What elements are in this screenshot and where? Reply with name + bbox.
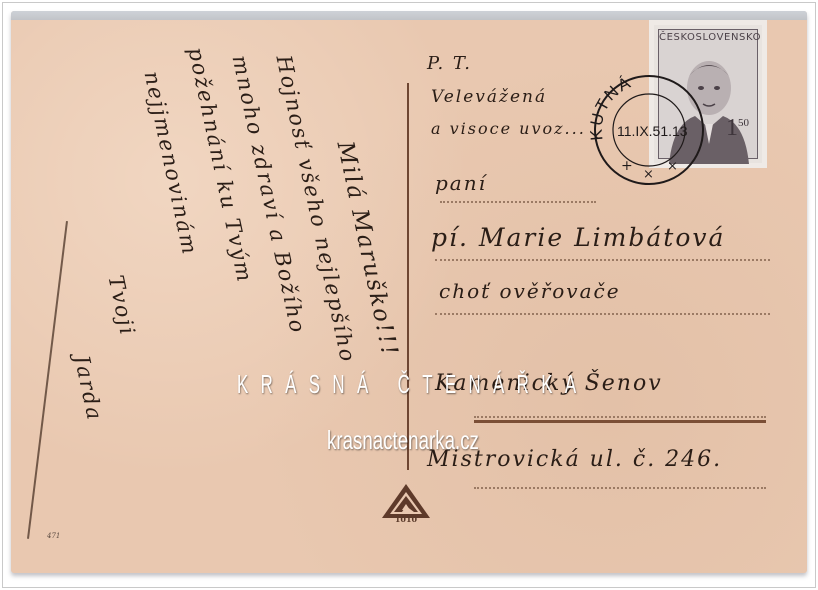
card-divider <box>407 83 409 470</box>
watermark-url: krasnactenarka.cz <box>327 425 479 456</box>
svg-text:×: × <box>643 167 654 182</box>
print-number: 471 <box>47 532 60 540</box>
address-line-2: Velevážená <box>431 87 547 107</box>
address-line-5: pí. Marie Limbátová <box>431 223 725 252</box>
svg-text:+: + <box>621 158 633 174</box>
address-line-1: P. T. <box>427 53 472 74</box>
signature-flourish <box>27 221 68 539</box>
publisher-number: 1010 <box>376 514 436 524</box>
stamp-portrait-icon <box>659 44 759 164</box>
address-dotted-line-2 <box>435 259 770 261</box>
stamp-country: ČESKOSLOVENSKO <box>659 32 757 43</box>
address-line-3: a visoce uvoz... <box>431 119 586 138</box>
address-dotted-line-5 <box>474 487 766 489</box>
address-dotted-line-4 <box>474 416 766 418</box>
postmark-town: KUTNÁ <box>587 72 635 141</box>
address-dotted-line-1 <box>440 201 596 203</box>
watermark-title: KRÁSNÁ ČTENÁŘKA <box>237 369 588 400</box>
address-dotted-line-3 <box>435 313 770 315</box>
postage-stamp: ČESKOSLOVENSKO 150 <box>649 20 767 168</box>
address-solid-line <box>474 420 766 423</box>
svg-text:KUTNÁ: KUTNÁ <box>587 72 635 141</box>
address-line-6: choť ověřovače <box>439 279 621 303</box>
postcard: Milá Maruško!!! Hojnosť všeho nejlepšího… <box>11 11 807 573</box>
stamp-value: 150 <box>726 115 749 142</box>
message-line-7: Jarda <box>70 353 107 423</box>
message-line-6: Tvoji <box>104 273 140 338</box>
address-line-4: paní <box>435 171 487 195</box>
